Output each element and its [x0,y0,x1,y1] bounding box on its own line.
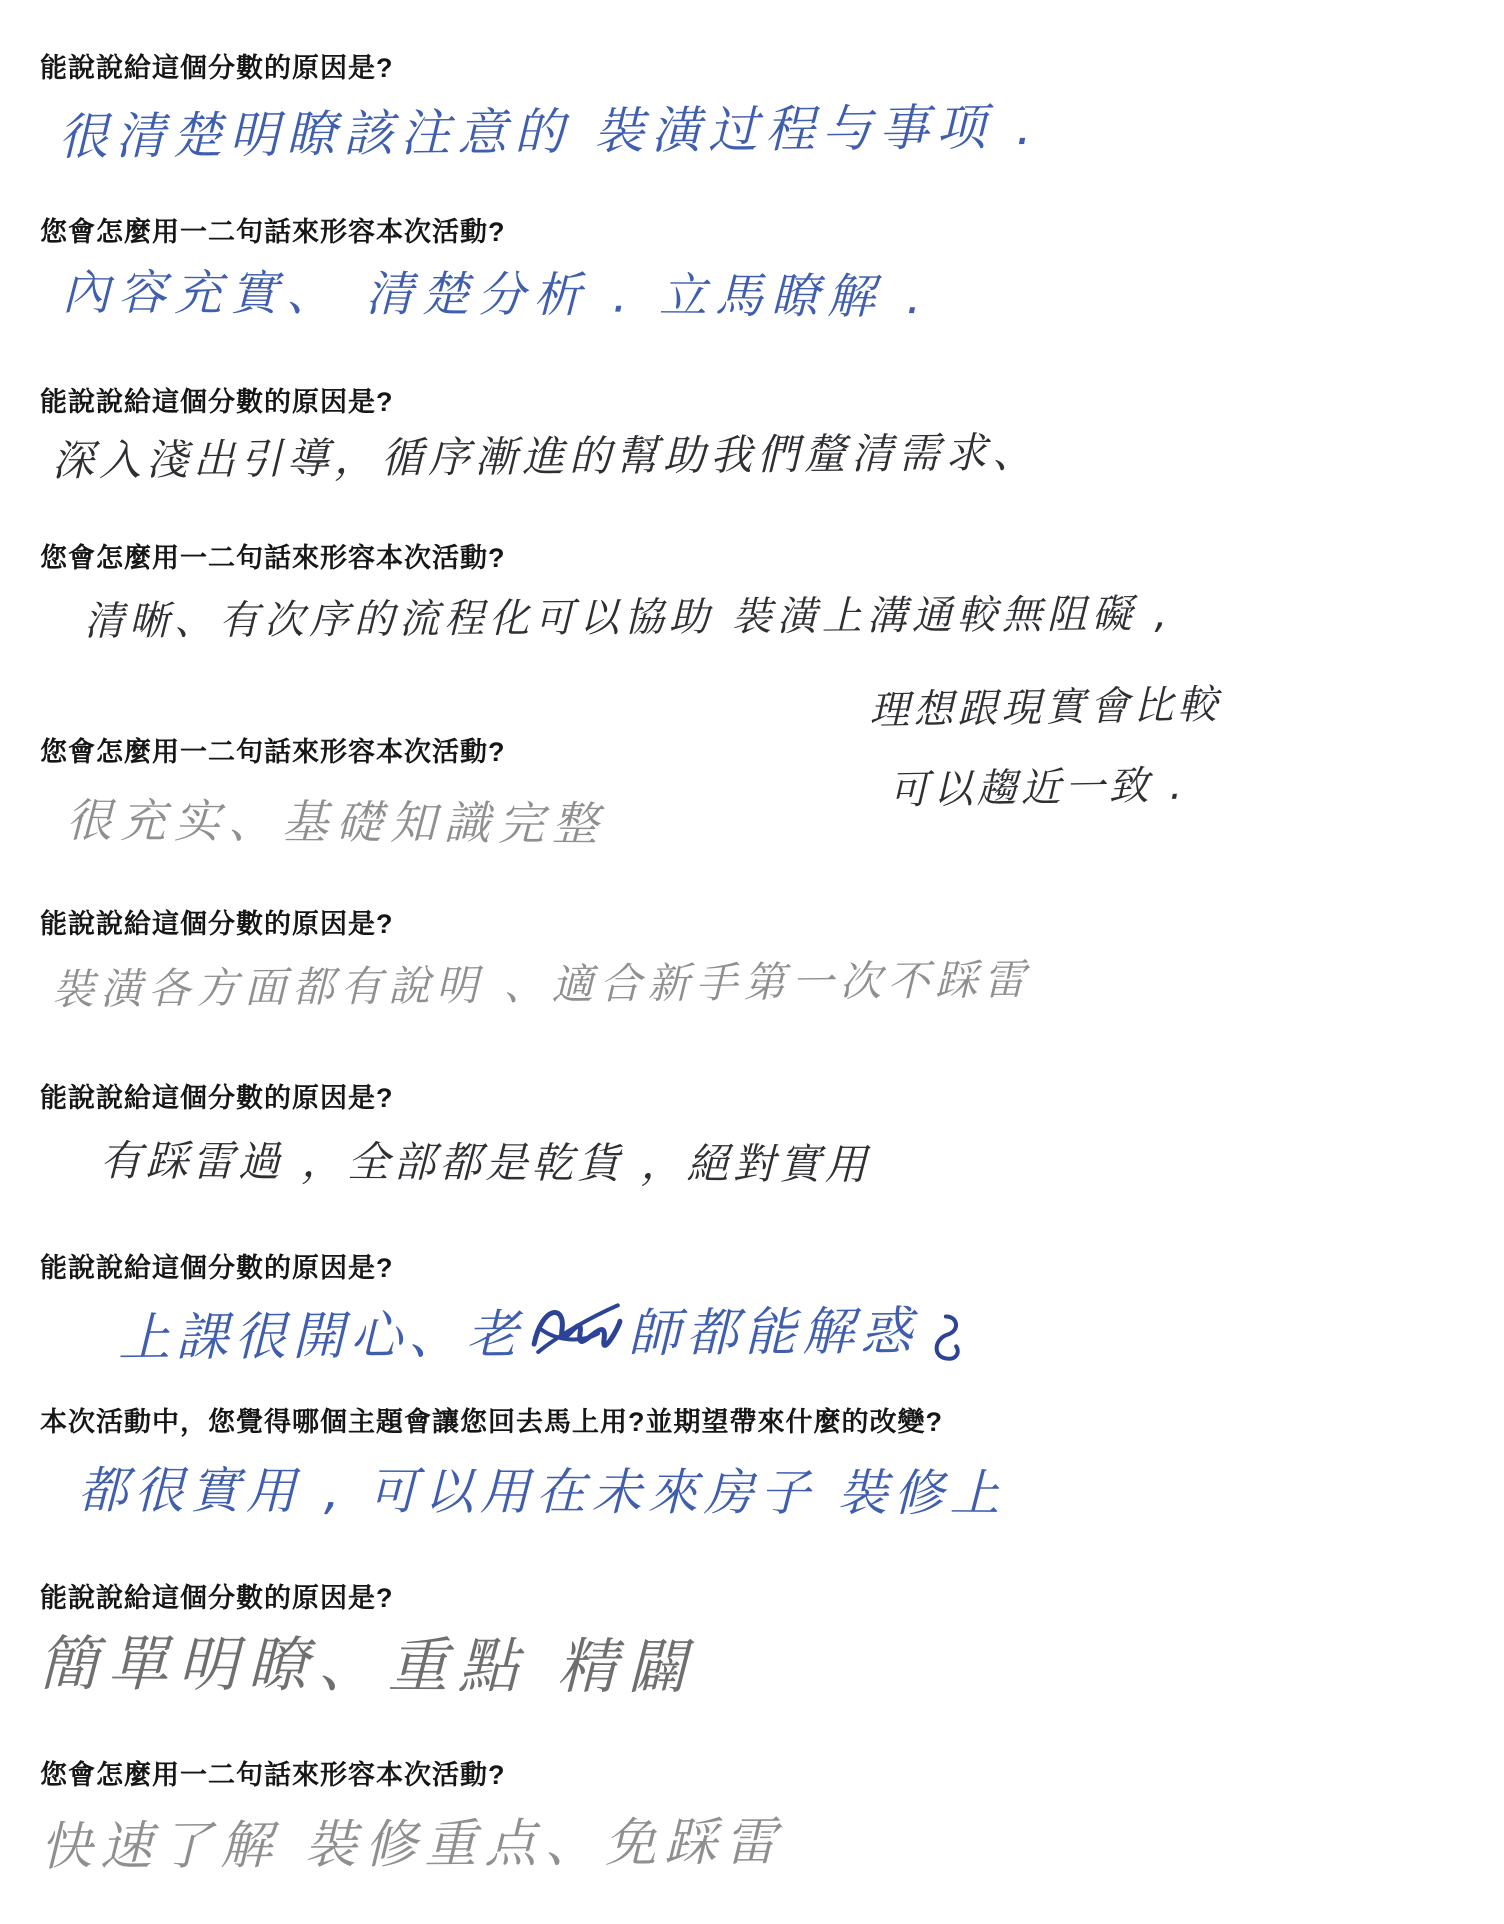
question-text: 您會怎麼用一二句話來形容本次活動? [40,730,506,769]
handwritten-answer-continued: 理想跟現實會比較 可以趨近一致 . [869,665,1224,831]
handwritten-answer: 都很實用 , 可以用在未來房子 裝修上 [78,1450,1006,1525]
question-text: 您會怎麼用一二句話來形容本次活動? [40,210,506,249]
scanned-survey-page: 能說說給這個分數的原因是? 很清楚明瞭該注意的 裝潢过程与事项 . 您會怎麼用一… [0,0,1504,1924]
handwritten-answer: 快速了解 裝修重点、免踩雷 [40,1799,785,1879]
handwritten-answer-post: 師都能解惑 [628,1302,919,1365]
handwritten-answer: 有踩雷過 ，全部都是乾貨 ，絕對實用 [100,1128,871,1192]
handwritten-answer: 簡單明瞭、重點 精闢 [38,1616,698,1705]
handwritten-answer: 深入淺出引導，循序漸進的幫助我們釐清需求、 [52,420,1040,489]
handwritten-answer: 裝潢各方面都有說明 、適合新手第一次不踩雷 [52,947,1032,1017]
question-text: 能說說給這個分數的原因是? [40,1076,394,1115]
flourish-doodle-icon [928,1312,964,1364]
question-text: 您會怎麼用一二句話來形容本次活動? [40,1753,506,1792]
handwritten-answer: 很清楚明瞭該注意的 裝潢过程与事项 . [58,87,1039,169]
handwritten-answer: 上課很開心、老 師都能解惑 [118,1288,965,1371]
question-text: 能說說給這個分數的原因是? [40,1576,394,1615]
handwritten-line: 理想跟現實會比較 [869,665,1222,751]
handwritten-answer: 內容充實、 清楚分析 . 立馬瞭解 . [62,254,930,328]
scribble-icon [528,1299,625,1362]
question-text: 本次活動中，您覺得哪個主題會讓您回去馬上用?並期望帶來什麼的改變? [40,1400,943,1439]
handwritten-line: 可以趨近一致 . [870,745,1223,831]
handwritten-answer-pre: 上課很開心、老 [118,1305,525,1369]
question-text: 能說說給這個分數的原因是? [40,1246,394,1285]
question-text: 您會怎麼用一二句話來形容本次活動? [40,536,506,575]
handwritten-answer: 清晰、有次序的流程化可以協助 裝潢上溝通較無阻礙 , [84,582,1173,647]
question-text: 能說說給這個分數的原因是? [40,46,394,85]
handwritten-answer: 很充实、基礎知識完整 [66,784,606,854]
question-text: 能說說給這個分數的原因是? [40,380,394,419]
question-text: 能說說給這個分數的原因是? [40,902,394,941]
